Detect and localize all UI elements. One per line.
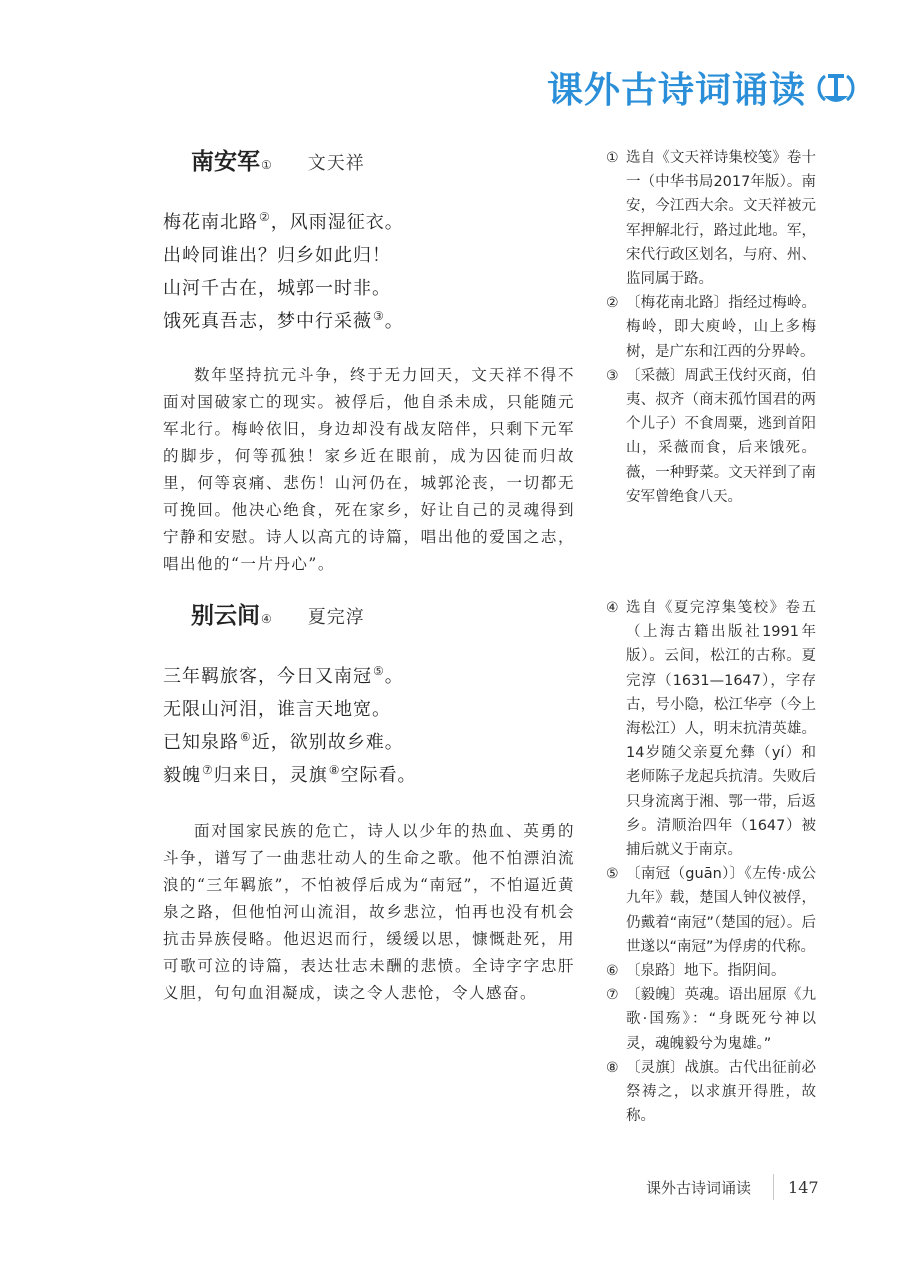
poem-line: 三年羁旅客，今日又南冠⑤。 xyxy=(163,660,417,693)
footnote: ②〔梅花南北路〕指经过梅岭。梅岭，即大庾岭，山上多梅树，是广东和江西的分界岭。 xyxy=(606,291,816,364)
footnote-number: ④ xyxy=(606,596,626,862)
section-title: 课外古诗词诵读 xyxy=(547,62,806,113)
footnote: ⑧〔灵旗〕战旗。古代出征前必祭祷之，以求旗开得胜，故称。 xyxy=(606,1056,816,1129)
footnote-text: 〔灵旗〕战旗。古代出征前必祭祷之，以求旗开得胜，故称。 xyxy=(626,1056,816,1129)
footnote-number: ① xyxy=(606,146,626,291)
line-text: 空际看。 xyxy=(341,765,417,786)
footer-section-title: 课外古诗词诵读 xyxy=(646,1177,751,1198)
footnotes-poem-2: ④选自《夏完淳集笺校》卷五（上海古籍出版社1991年版）。云间，松江的古称。夏完… xyxy=(606,596,816,1128)
poem-bieyunjian: 别云间 ④ 夏完淳 三年羁旅客，今日又南冠⑤。 无限山河泪，谁言天地宽。 已知泉… xyxy=(163,597,417,792)
footer-divider xyxy=(773,1174,774,1200)
footnote-number: ⑧ xyxy=(606,1056,626,1129)
footnote: ①选自《文天祥诗集校笺》卷十一（中华书局2017年版）。南安，今江西大余。文天祥… xyxy=(606,146,816,291)
line-text: 出岭同谁出？归乡如此归！ xyxy=(163,245,391,266)
poem-title: 别云间 xyxy=(191,597,260,630)
line-text: 。 xyxy=(385,311,404,332)
line-text: 归来日，灵旗 xyxy=(214,765,328,786)
footnote-text: 〔梅花南北路〕指经过梅岭。梅岭，即大庾岭，山上多梅树，是广东和江西的分界岭。 xyxy=(626,291,816,364)
footnote: ③〔采薇〕周武王伐纣灭商，伯夷、叔齐（商末孤竹国君的两个儿子）不食周粟，逃到首阳… xyxy=(606,364,816,509)
line-text: 山河千古在，城郭一时非。 xyxy=(163,278,391,299)
line-text: 梅花南北路 xyxy=(163,212,258,233)
footnote-ref[interactable]: ⑤ xyxy=(373,664,385,678)
poem-commentary: 面对国家民族的危亡，诗人以少年的热血、英勇的斗争，谱写了一曲悲壮动人的生命之歌。… xyxy=(163,818,575,1007)
line-text: 。 xyxy=(385,666,404,687)
footnote-number: ② xyxy=(606,291,626,364)
poem-author: 夏完淳 xyxy=(308,603,365,629)
page-footer: 课外古诗词诵读 147 xyxy=(646,1174,819,1200)
footnote: ④选自《夏完淳集笺校》卷五（上海古籍出版社1991年版）。云间，松江的古称。夏完… xyxy=(606,596,816,862)
page-number: 147 xyxy=(788,1178,819,1197)
footnote-ref[interactable]: ⑧ xyxy=(329,763,341,777)
footnote-text: 选自《夏完淳集笺校》卷五（上海古籍出版社1991年版）。云间，松江的古称。夏完淳… xyxy=(626,596,816,862)
poem-title-row: 南安军 ① 文天祥 xyxy=(191,143,404,176)
footnote-text: 〔泉路〕地下。指阴间。 xyxy=(626,959,816,983)
poem-line: 毅魄⑦归来日，灵旗⑧空际看。 xyxy=(163,759,417,792)
line-text: 饿死真吾志，梦中行采薇 xyxy=(163,311,372,332)
poem-line: 饿死真吾志，梦中行采薇③。 xyxy=(163,305,404,338)
footnote-ref[interactable]: ⑥ xyxy=(240,730,252,744)
poem-line: 梅花南北路②，风雨湿征衣。 xyxy=(163,206,404,239)
poem-title-row: 别云间 ④ 夏完淳 xyxy=(191,597,417,630)
line-text: 毅魄 xyxy=(163,765,201,786)
footnote-number: ⑥ xyxy=(606,959,626,983)
footnote-number: ⑦ xyxy=(606,983,626,1056)
poem-line: 已知泉路⑥近，欲别故乡难。 xyxy=(163,726,417,759)
footnote-ref[interactable]: ③ xyxy=(373,309,385,323)
poem-commentary: 数年坚持抗元斗争，终于无力回天，文天祥不得不面对国破家亡的现实。被俘后，他自杀未… xyxy=(163,362,575,578)
volume-one-badge-icon xyxy=(816,68,856,108)
line-text: 已知泉路 xyxy=(163,732,239,753)
footnote: ⑥〔泉路〕地下。指阴间。 xyxy=(606,959,816,983)
poem-lines: 三年羁旅客，今日又南冠⑤。 无限山河泪，谁言天地宽。 已知泉路⑥近，欲别故乡难。… xyxy=(163,660,417,792)
footnote: ⑤〔南冠（guān）〕《左传·成公九年》载，楚国人钟仪被俘，仍戴着“南冠”（楚国… xyxy=(606,862,816,959)
footnote: ⑦〔毅魄〕英魂。语出屈原《九歌·国殇》：“身既死兮神以灵，魂魄毅兮为鬼雄。” xyxy=(606,983,816,1056)
line-text: 近，欲别故乡难。 xyxy=(252,732,404,753)
line-text: ，风雨湿征衣。 xyxy=(271,212,404,233)
footnote-text: 选自《文天祥诗集校笺》卷十一（中华书局2017年版）。南安，今江西大余。文天祥被… xyxy=(626,146,816,291)
poem-line: 山河千古在，城郭一时非。 xyxy=(163,272,404,305)
poem-line: 出岭同谁出？归乡如此归！ xyxy=(163,239,404,272)
footnote-ref[interactable]: ⑦ xyxy=(202,763,214,777)
footnote-number: ⑤ xyxy=(606,862,626,959)
poem-author: 文天祥 xyxy=(308,149,365,175)
poem-nananjun: 南安军 ① 文天祥 梅花南北路②，风雨湿征衣。 出岭同谁出？归乡如此归！ 山河千… xyxy=(163,143,404,338)
footnote-text: 〔采薇〕周武王伐纣灭商，伯夷、叔齐（商末孤竹国君的两个儿子）不食周粟，逃到首阳山… xyxy=(626,364,816,509)
poem-lines: 梅花南北路②，风雨湿征衣。 出岭同谁出？归乡如此归！ 山河千古在，城郭一时非。 … xyxy=(163,206,404,338)
line-text: 三年羁旅客，今日又南冠 xyxy=(163,666,372,687)
footnote-number: ③ xyxy=(606,364,626,509)
footnote-text: 〔毅魄〕英魂。语出屈原《九歌·国殇》：“身既死兮神以灵，魂魄毅兮为鬼雄。” xyxy=(626,983,816,1056)
footnote-ref[interactable]: ② xyxy=(259,210,271,224)
section-header: 课外古诗词诵读 xyxy=(547,62,856,113)
footnote-text: 〔南冠（guān）〕《左传·成公九年》载，楚国人钟仪被俘，仍戴着“南冠”（楚国的… xyxy=(626,862,816,959)
footnotes-poem-1: ①选自《文天祥诗集校笺》卷十一（中华书局2017年版）。南安，今江西大余。文天祥… xyxy=(606,146,816,509)
poem-title: 南安军 xyxy=(191,143,260,176)
line-text: 无限山河泪，谁言天地宽。 xyxy=(163,699,391,720)
poem-line: 无限山河泪，谁言天地宽。 xyxy=(163,693,417,726)
